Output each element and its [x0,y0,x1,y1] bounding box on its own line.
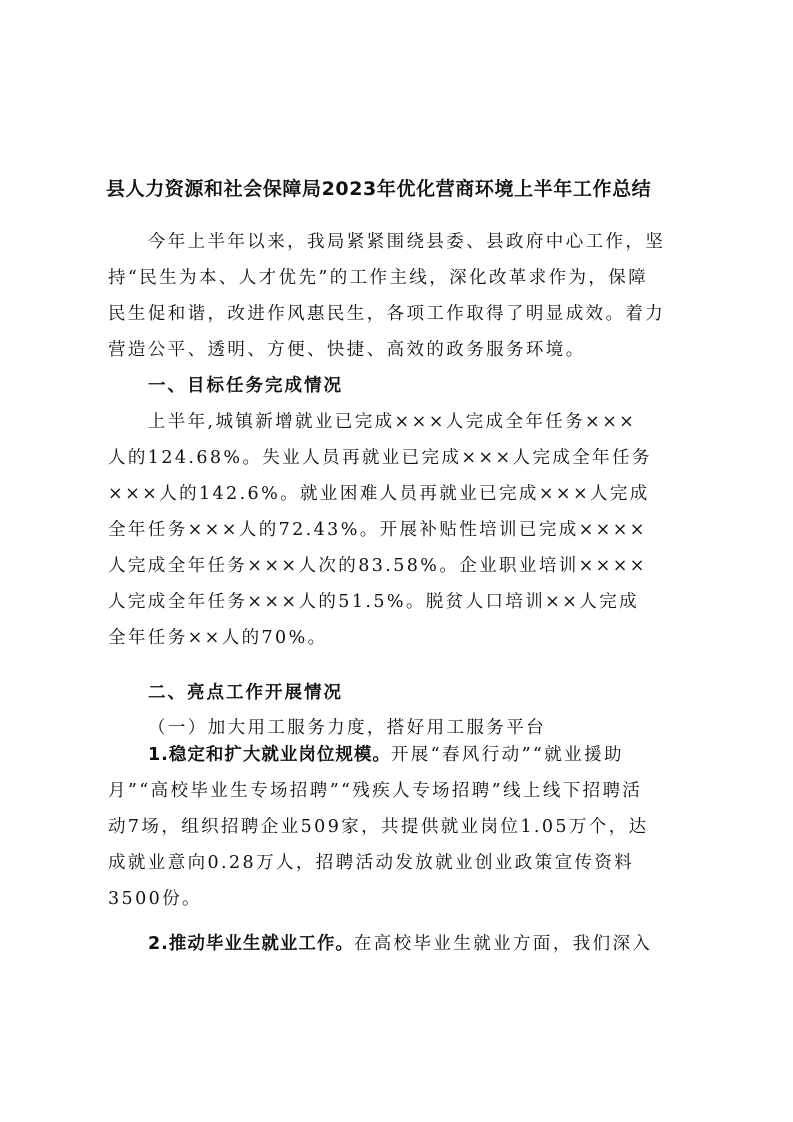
item-1-line: 月”“高校毕业生专场招聘”“残疾人专场招聘”线上线下招聘活 [108,779,692,803]
section-1-line: 上半年,城镇新增就业已完成×××人完成全年任务××× [108,410,692,434]
section-1-line: 全年任务××人的70%。 [108,626,692,650]
intro-line: 民生促和谐，改进作风惠民生，各项工作取得了明显成效。着力 [108,302,692,326]
intro-line: 营造公平、透明、方便、快捷、高效的政务服务环境。 [108,338,692,362]
document-title: 县人力资源和社会保障局2023年优化营商环境上半年工作总结 [106,174,696,201]
item-1-text: 开展“春风行动”“就业援助 [391,745,624,765]
item-2-first-line: 2.推动毕业生就业工作。在高校毕业生就业方面，我们深入 [148,932,732,956]
item-1-line: 成就业意向0.28万人，招聘活动发放就业创业政策宣传资料 [108,851,692,875]
document-page: 县人力资源和社会保障局2023年优化营商环境上半年工作总结 今年上半年以来，我局… [0,0,793,1122]
intro-line: 今年上半年以来，我局紧紧围绕县委、县政府中心工作，坚 [108,230,692,254]
item-2-text: 在高校毕业生就业方面，我们深入 [354,934,653,954]
section-1-line: 人的124.68%。失业人员再就业已完成×××人完成全年任务 [108,446,692,470]
intro-line: 持“民生为本、人才优先”的工作主线，深化改革求作为，保障 [108,266,692,290]
section-1-line: 全年任务×××人的72.43%。开展补贴性培训已完成×××× [108,518,692,542]
item-1-first-line: 1.稳定和扩大就业岗位规模。开展“春风行动”“就业援助 [148,743,732,767]
section-1-heading: 一、目标任务完成情况 [148,374,732,398]
section-1-line: 人完成全年任务×××人次的83.58%。企业职业培训×××× [108,554,692,578]
section-2-heading: 二、亮点工作开展情况 [148,681,732,705]
item-1-line: 动7场，组织招聘企业509家，共提供就业岗位1.05万个，达 [108,815,692,839]
item-1-lead: 1.稳定和扩大就业岗位规模。 [148,745,391,765]
section-1-line: ×××人的142.6%。就业困难人员再就业已完成×××人完成 [108,482,692,506]
section-2-subheading: （一）加大用工服务力度，搭好用工服务平台 [148,716,732,740]
section-1-line: 人完成全年任务×××人的51.5%。脱贫人口培训××人完成 [108,590,692,614]
item-1-line: 3500份。 [108,887,692,911]
item-2-lead: 2.推动毕业生就业工作。 [148,934,354,954]
